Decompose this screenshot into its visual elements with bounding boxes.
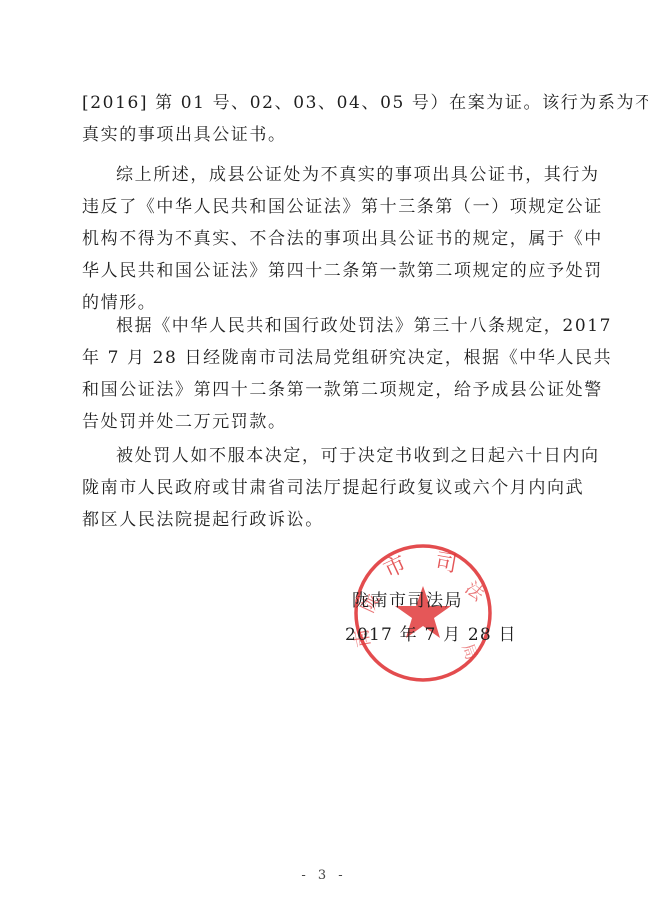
page-number: - 3 - <box>0 868 648 883</box>
text-line: [2016] 第 01 号、02、03、04、05 号）在案为证。该行为系为不 <box>82 87 580 119</box>
text-line: 和国公证法》第四十二条第一款第二项规定，给予成县公证处警 <box>82 374 580 406</box>
text-line: 综上所述，成县公证处为不真实的事项出具公证书，其行为 <box>82 159 580 191</box>
issue-date: 2017 年 7 月 28 日 <box>345 620 517 645</box>
text-line: 都区人民法院提起行政诉讼。 <box>82 504 580 536</box>
text-line: 机构不得为不真实、不合法的事项出具公证书的规定，属于《中 <box>82 223 580 255</box>
text-line: 根据《中华人民共和国行政处罚法》第三十八条规定，2017 <box>82 310 580 342</box>
issuer-name: 陇南市司法局 <box>352 586 463 611</box>
svg-text:法: 法 <box>461 578 489 606</box>
text-line: 被处罚人如不服本决定，可于决定书收到之日起六十日内向 <box>82 440 580 472</box>
text-line: 年 7 月 28 日经陇南市司法局党组研究决定，根据《中华人民共 <box>82 342 580 374</box>
text-line: 告处罚并处二万元罚款。 <box>82 406 580 438</box>
paragraph-decision: 根据《中华人民共和国行政处罚法》第三十八条规定，2017 年 7 月 28 日经… <box>82 310 580 438</box>
document-page: [2016] 第 01 号、02、03、04、05 号）在案为证。该行为系为不 … <box>0 0 648 918</box>
svg-text:司: 司 <box>433 549 459 577</box>
paragraph-conclusion: 综上所述，成县公证处为不真实的事项出具公证书，其行为 违反了《中华人民共和国公证… <box>82 159 580 319</box>
text-line: 违反了《中华人民共和国公证法》第十三条第（一）项规定公证 <box>82 191 580 223</box>
text-line: 真实的事项出具公证书。 <box>82 119 580 151</box>
paragraph-evidence: [2016] 第 01 号、02、03、04、05 号）在案为证。该行为系为不 … <box>82 87 580 151</box>
paragraph-appeal: 被处罚人如不服本决定，可于决定书收到之日起六十日内向 陇南市人民政府或甘肃省司法… <box>82 440 580 536</box>
text-line: 华人民共和国公证法》第四十二条第一款第二项规定的应予处罚 <box>82 255 580 287</box>
official-seal-icon: 市 司 法 陇 南 局 <box>352 542 494 684</box>
text-line: 陇南市人民政府或甘肃省司法厅提起行政复议或六个月内向武 <box>82 472 580 504</box>
